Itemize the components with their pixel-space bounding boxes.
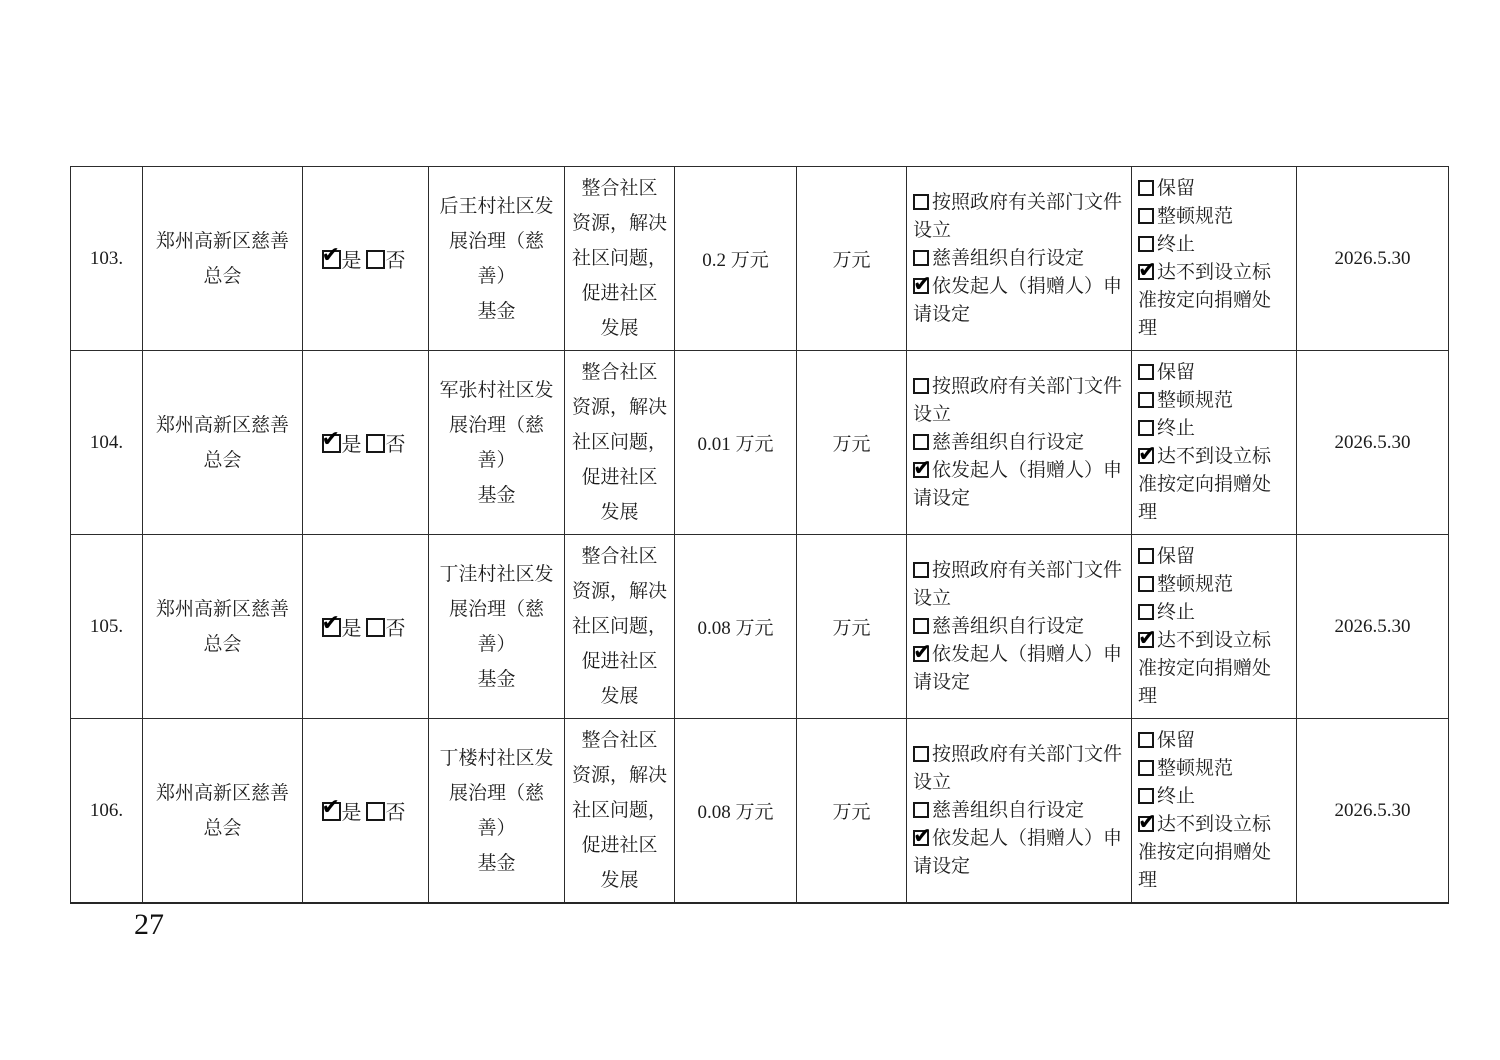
setup-options: 按照政府有关部门文件 设立慈善组织自行设定依发起人（捐赠人）申 请设定 <box>913 557 1125 697</box>
org-name: 郑州高新区慈善 总会 <box>143 167 303 351</box>
disposition-options: 保留整顿规范终止达不到设立标 准按定向捐赠处 理 <box>1138 175 1290 343</box>
disposition-options: 保留整顿规范终止达不到设立标 准按定向捐赠处 理 <box>1138 543 1290 711</box>
checkbox-unchecked-icon <box>1138 548 1154 564</box>
yes-no-cell: 是否 <box>303 351 429 535</box>
checkbox-unchecked-icon <box>1138 788 1154 804</box>
option-label: 慈善组织自行设定 <box>932 800 1084 821</box>
checkbox-unchecked-icon <box>913 562 929 578</box>
yes-checkbox-icon <box>322 618 341 637</box>
option-label: 依发起人（捐赠人）申 请设定 <box>913 276 1122 325</box>
option-label: 整顿规范 <box>1157 574 1233 595</box>
option-item: 保留 <box>1138 175 1290 203</box>
option-label: 整顿规范 <box>1157 206 1233 227</box>
option-item: 终止 <box>1138 415 1290 443</box>
yes-no-cell: 是否 <box>303 719 429 904</box>
yes-label: 是 <box>342 802 362 824</box>
option-item: 慈善组织自行设定 <box>913 797 1125 825</box>
option-item: 终止 <box>1138 599 1290 627</box>
option-label: 达不到设立标 准按定向捐赠处 理 <box>1138 814 1271 891</box>
option-item: 按照政府有关部门文件 设立 <box>913 189 1125 245</box>
fund-purpose: 整合社区 资源，解决 社区问题， 促进社区 发展 <box>565 719 675 904</box>
checkbox-unchecked-icon <box>913 618 929 634</box>
option-item: 达不到设立标 准按定向捐赠处 理 <box>1138 259 1290 343</box>
disposition-cell: 保留整顿规范终止达不到设立标 准按定向捐赠处 理 <box>1132 719 1297 904</box>
option-item: 按照政府有关部门文件 设立 <box>913 373 1125 429</box>
option-item: 达不到设立标 准按定向捐赠处 理 <box>1138 443 1290 527</box>
table-row: 104. 郑州高新区慈善 总会 是否 军张村社区发 展治理（慈善） 基金 整合社… <box>71 351 1449 535</box>
setup-method-cell: 按照政府有关部门文件 设立慈善组织自行设定依发起人（捐赠人）申 请设定 <box>907 351 1132 535</box>
yes-label: 是 <box>342 250 362 272</box>
row-number: 105. <box>71 535 143 719</box>
option-label: 整顿规范 <box>1157 758 1233 779</box>
setup-options: 按照政府有关部门文件 设立慈善组织自行设定依发起人（捐赠人）申 请设定 <box>913 741 1125 881</box>
document-page: 103. 郑州高新区慈善 总会 是否 后王村社区发 展治理（慈善） 基金 整合社… <box>0 0 1500 1060</box>
checkbox-unchecked-icon <box>1138 732 1154 748</box>
fund-purpose: 整合社区 资源，解决 社区问题， 促进社区 发展 <box>565 351 675 535</box>
table-row: 105. 郑州高新区慈善 总会 是否 丁洼村社区发 展治理（慈善） 基金 整合社… <box>71 535 1449 719</box>
no-label: 否 <box>386 618 406 640</box>
fund-name: 后王村社区发 展治理（慈善） 基金 <box>429 167 565 351</box>
checkbox-checked-icon <box>1138 632 1154 648</box>
checkbox-unchecked-icon <box>1138 180 1154 196</box>
disposition-options: 保留整顿规范终止达不到设立标 准按定向捐赠处 理 <box>1138 727 1290 895</box>
option-item: 依发起人（捐赠人）申 请设定 <box>913 641 1125 697</box>
checkbox-unchecked-icon <box>1138 236 1154 252</box>
no-label: 否 <box>386 250 406 272</box>
checkbox-unchecked-icon <box>1138 604 1154 620</box>
yes-no-cell: 是否 <box>303 167 429 351</box>
option-label: 保留 <box>1157 730 1195 751</box>
option-item: 保留 <box>1138 359 1290 387</box>
checkbox-unchecked-icon <box>1138 420 1154 436</box>
no-label: 否 <box>386 434 406 456</box>
option-label: 按照政府有关部门文件 设立 <box>913 192 1122 241</box>
fund-name: 丁楼村社区发 展治理（慈善） 基金 <box>429 719 565 904</box>
setup-method-cell: 按照政府有关部门文件 设立慈善组织自行设定依发起人（捐赠人）申 请设定 <box>907 719 1132 904</box>
page-number: 27 <box>134 908 164 942</box>
option-label: 终止 <box>1157 786 1195 807</box>
checkbox-unchecked-icon <box>1138 760 1154 776</box>
table-row: 103. 郑州高新区慈善 总会 是否 后王村社区发 展治理（慈善） 基金 整合社… <box>71 167 1449 351</box>
yes-no-cell: 是否 <box>303 535 429 719</box>
option-label: 达不到设立标 准按定向捐赠处 理 <box>1138 630 1271 707</box>
option-item: 慈善组织自行设定 <box>913 245 1125 273</box>
setup-options: 按照政府有关部门文件 设立慈善组织自行设定依发起人（捐赠人）申 请设定 <box>913 373 1125 513</box>
no-checkbox-icon <box>366 802 385 821</box>
no-label: 否 <box>386 802 406 824</box>
option-label: 终止 <box>1157 602 1195 623</box>
fund-amount: 0.2 万元 <box>675 167 797 351</box>
option-label: 依发起人（捐赠人）申 请设定 <box>913 644 1122 693</box>
option-item: 保留 <box>1138 543 1290 571</box>
disposition-cell: 保留整顿规范终止达不到设立标 准按定向捐赠处 理 <box>1132 535 1297 719</box>
org-name: 郑州高新区慈善 总会 <box>143 535 303 719</box>
option-label: 按照政府有关部门文件 设立 <box>913 376 1122 425</box>
no-checkbox-icon <box>366 434 385 453</box>
checkbox-unchecked-icon <box>913 378 929 394</box>
option-label: 保留 <box>1157 362 1195 383</box>
option-item: 按照政府有关部门文件 设立 <box>913 557 1125 613</box>
row-number: 103. <box>71 167 143 351</box>
disposition-options: 保留整顿规范终止达不到设立标 准按定向捐赠处 理 <box>1138 359 1290 527</box>
option-item: 整顿规范 <box>1138 571 1290 599</box>
checkbox-checked-icon <box>1138 816 1154 832</box>
checkbox-unchecked-icon <box>913 746 929 762</box>
option-label: 整顿规范 <box>1157 390 1233 411</box>
yes-checkbox-icon <box>322 434 341 453</box>
yes-no-group: 是否 <box>322 802 410 824</box>
option-label: 慈善组织自行设定 <box>932 616 1084 637</box>
option-label: 保留 <box>1157 178 1195 199</box>
checkbox-checked-icon <box>1138 264 1154 280</box>
option-item: 保留 <box>1138 727 1290 755</box>
review-date: 2026.5.30 <box>1297 167 1449 351</box>
row-number: 104. <box>71 351 143 535</box>
fund-amount: 0.08 万元 <box>675 719 797 904</box>
disposition-cell: 保留整顿规范终止达不到设立标 准按定向捐赠处 理 <box>1132 351 1297 535</box>
option-item: 按照政府有关部门文件 设立 <box>913 741 1125 797</box>
table-row: 106. 郑州高新区慈善 总会 是否 丁楼村社区发 展治理（慈善） 基金 整合社… <box>71 719 1449 904</box>
option-item: 依发起人（捐赠人）申 请设定 <box>913 273 1125 329</box>
checkbox-unchecked-icon <box>1138 392 1154 408</box>
option-item: 整顿规范 <box>1138 755 1290 783</box>
checkbox-unchecked-icon <box>913 434 929 450</box>
option-item: 达不到设立标 准按定向捐赠处 理 <box>1138 627 1290 711</box>
review-date: 2026.5.30 <box>1297 535 1449 719</box>
option-item: 依发起人（捐赠人）申 请设定 <box>913 825 1125 881</box>
checkbox-checked-icon <box>913 462 929 478</box>
setup-method-cell: 按照政府有关部门文件 设立慈善组织自行设定依发起人（捐赠人）申 请设定 <box>907 167 1132 351</box>
fund-purpose: 整合社区 资源，解决 社区问题， 促进社区 发展 <box>565 535 675 719</box>
yes-label: 是 <box>342 618 362 640</box>
no-checkbox-icon <box>366 618 385 637</box>
amount-unit: 万元 <box>797 351 907 535</box>
option-item: 终止 <box>1138 783 1290 811</box>
option-item: 依发起人（捐赠人）申 请设定 <box>913 457 1125 513</box>
amount-unit: 万元 <box>797 535 907 719</box>
row-number: 106. <box>71 719 143 904</box>
disposition-cell: 保留整顿规范终止达不到设立标 准按定向捐赠处 理 <box>1132 167 1297 351</box>
checkbox-checked-icon <box>913 278 929 294</box>
amount-unit: 万元 <box>797 719 907 904</box>
amount-unit: 万元 <box>797 167 907 351</box>
org-name: 郑州高新区慈善 总会 <box>143 719 303 904</box>
no-checkbox-icon <box>366 250 385 269</box>
review-date: 2026.5.30 <box>1297 351 1449 535</box>
checkbox-unchecked-icon <box>913 250 929 266</box>
yes-no-group: 是否 <box>322 434 410 456</box>
fund-name: 军张村社区发 展治理（慈善） 基金 <box>429 351 565 535</box>
fund-name: 丁洼村社区发 展治理（慈善） 基金 <box>429 535 565 719</box>
checkbox-unchecked-icon <box>1138 576 1154 592</box>
option-label: 达不到设立标 准按定向捐赠处 理 <box>1138 446 1271 523</box>
yes-label: 是 <box>342 434 362 456</box>
checkbox-checked-icon <box>1138 448 1154 464</box>
option-item: 慈善组织自行设定 <box>913 613 1125 641</box>
checkbox-checked-icon <box>913 646 929 662</box>
charity-fund-table: 103. 郑州高新区慈善 总会 是否 后王村社区发 展治理（慈善） 基金 整合社… <box>70 166 1449 904</box>
option-item: 整顿规范 <box>1138 203 1290 231</box>
option-label: 依发起人（捐赠人）申 请设定 <box>913 828 1122 877</box>
option-label: 按照政府有关部门文件 设立 <box>913 744 1122 793</box>
option-label: 终止 <box>1157 418 1195 439</box>
yes-no-group: 是否 <box>322 250 410 272</box>
option-item: 慈善组织自行设定 <box>913 429 1125 457</box>
checkbox-unchecked-icon <box>1138 364 1154 380</box>
option-label: 终止 <box>1157 234 1195 255</box>
option-label: 达不到设立标 准按定向捐赠处 理 <box>1138 262 1271 339</box>
fund-amount: 0.01 万元 <box>675 351 797 535</box>
setup-method-cell: 按照政府有关部门文件 设立慈善组织自行设定依发起人（捐赠人）申 请设定 <box>907 535 1132 719</box>
yes-no-group: 是否 <box>322 618 410 640</box>
option-item: 达不到设立标 准按定向捐赠处 理 <box>1138 811 1290 895</box>
fund-amount: 0.08 万元 <box>675 535 797 719</box>
setup-options: 按照政府有关部门文件 设立慈善组织自行设定依发起人（捐赠人）申 请设定 <box>913 189 1125 329</box>
fund-purpose: 整合社区 资源，解决 社区问题， 促进社区 发展 <box>565 167 675 351</box>
review-date: 2026.5.30 <box>1297 719 1449 904</box>
option-label: 保留 <box>1157 546 1195 567</box>
option-label: 慈善组织自行设定 <box>932 432 1084 453</box>
checkbox-checked-icon <box>913 830 929 846</box>
checkbox-unchecked-icon <box>1138 208 1154 224</box>
checkbox-unchecked-icon <box>913 194 929 210</box>
option-label: 慈善组织自行设定 <box>932 248 1084 269</box>
option-label: 按照政府有关部门文件 设立 <box>913 560 1122 609</box>
yes-checkbox-icon <box>322 802 341 821</box>
checkbox-unchecked-icon <box>913 802 929 818</box>
option-item: 整顿规范 <box>1138 387 1290 415</box>
yes-checkbox-icon <box>322 250 341 269</box>
option-label: 依发起人（捐赠人）申 请设定 <box>913 460 1122 509</box>
org-name: 郑州高新区慈善 总会 <box>143 351 303 535</box>
option-item: 终止 <box>1138 231 1290 259</box>
